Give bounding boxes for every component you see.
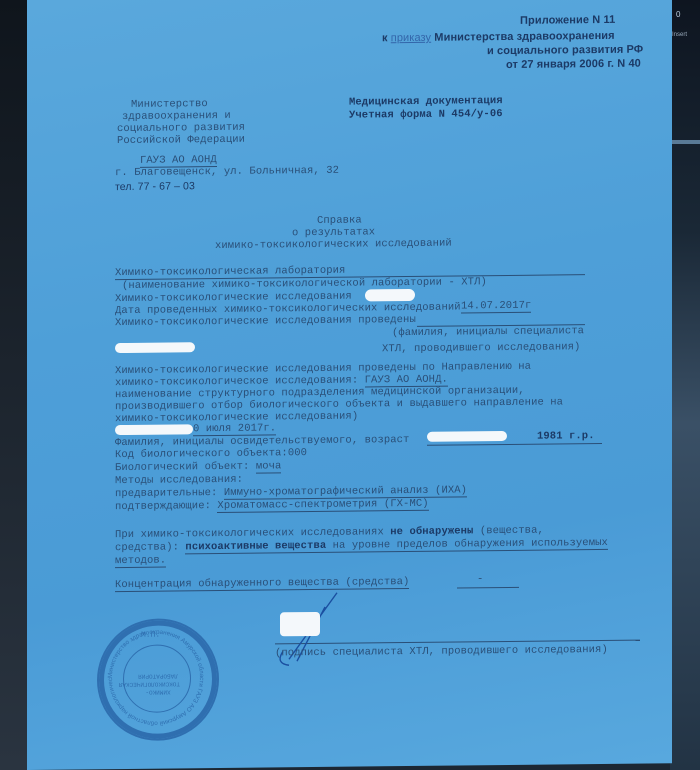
order-link[interactable]: приказу <box>391 32 431 44</box>
specialist-caption-2: ХТЛ, проводившего исследования) <box>382 341 580 355</box>
ministry-line-4: Российской Федерации <box>117 134 245 147</box>
concentration-line <box>457 587 519 589</box>
specialist-caption-1: (фамилия, инициалы специалиста <box>392 325 584 339</box>
org-address: г. Благовещенск, ул. Больничная, 32 <box>115 165 339 179</box>
signature-caption: (подпись специалиста ХТЛ, проводившего и… <box>275 644 608 659</box>
concentration-value: - <box>477 573 483 585</box>
appendix-number: Приложение N 11 <box>520 14 615 27</box>
conducted-label: Химико-токсикологические исследования пр… <box>115 314 416 329</box>
referral-date: 0 июля 2017г. <box>193 422 276 436</box>
form-doc-type: Медицинская документация <box>349 95 503 109</box>
background-keyboard-right: 0 Insert <box>670 0 700 770</box>
appendix-date-line: от 27 января 2006 г. N 40 <box>506 58 641 71</box>
keyboard-edge <box>670 140 700 144</box>
bio-object-value: моча <box>256 460 282 473</box>
redacted-signature <box>280 612 320 636</box>
stamp-center-text: ХИМИКО- ТОКСИКОЛОГИЧЕСКАЯ ЛАБОРАТОРИЯ <box>136 671 180 695</box>
ministry-line-1: Министерство <box>131 98 208 111</box>
methods-prelim-value: Иммуно-хроматографический анализ (ИХА) <box>224 484 467 500</box>
title-line-3: химико-токсикологических исследований <box>215 238 452 252</box>
result-line-3: методов. <box>115 555 166 569</box>
redacted-referral-number <box>115 424 193 435</box>
keyboard-key-label: 0 <box>676 10 680 19</box>
methods-confirm-value: Хроматомасс-спектрометрия (ГХ-МС) <box>217 498 428 513</box>
redacted-subject-name <box>427 431 507 442</box>
methods-label: Методы исследования: <box>115 474 243 487</box>
redacted-field <box>365 289 415 302</box>
form-number: Учетная форма N 454/у-06 <box>349 108 503 122</box>
title-line-2: о результатах <box>292 226 375 239</box>
document-page: Приложение N 11 к приказу Министерства з… <box>27 0 672 770</box>
date-value: 14.07.2017г <box>461 300 531 314</box>
result-not-found: не обнаружены <box>390 525 473 538</box>
official-stamp: Министерство здравоохранения Амурской об… <box>97 618 219 741</box>
redacted-specialist-name <box>115 342 195 353</box>
concentration-label: Концентрация обнаруженного вещества (сре… <box>115 576 409 592</box>
bio-object: Биологический объект: моча <box>115 460 281 474</box>
appendix-ministry-line: и социального развития РФ <box>487 44 643 58</box>
lab-caption: (наименование химико-токсикологической л… <box>122 276 487 292</box>
title-line-1: Справка <box>317 214 362 226</box>
keyboard-insert-label: Insert <box>672 32 687 38</box>
background-desk-left <box>0 0 30 770</box>
methods-confirm: подтверждающие: Хроматомасс-спектрометри… <box>115 498 429 513</box>
bio-code: Код биологического объекта:000 <box>115 447 307 461</box>
subject-birth-year: 1981 г.р. <box>537 430 595 443</box>
appendix-order-line: к приказу Министерства здравоохранения <box>382 30 615 44</box>
org-phone: тел. 77 - 67 – 03 <box>115 180 195 193</box>
stamp-mp-label: М.П. <box>141 631 160 640</box>
subject-line <box>427 443 602 446</box>
